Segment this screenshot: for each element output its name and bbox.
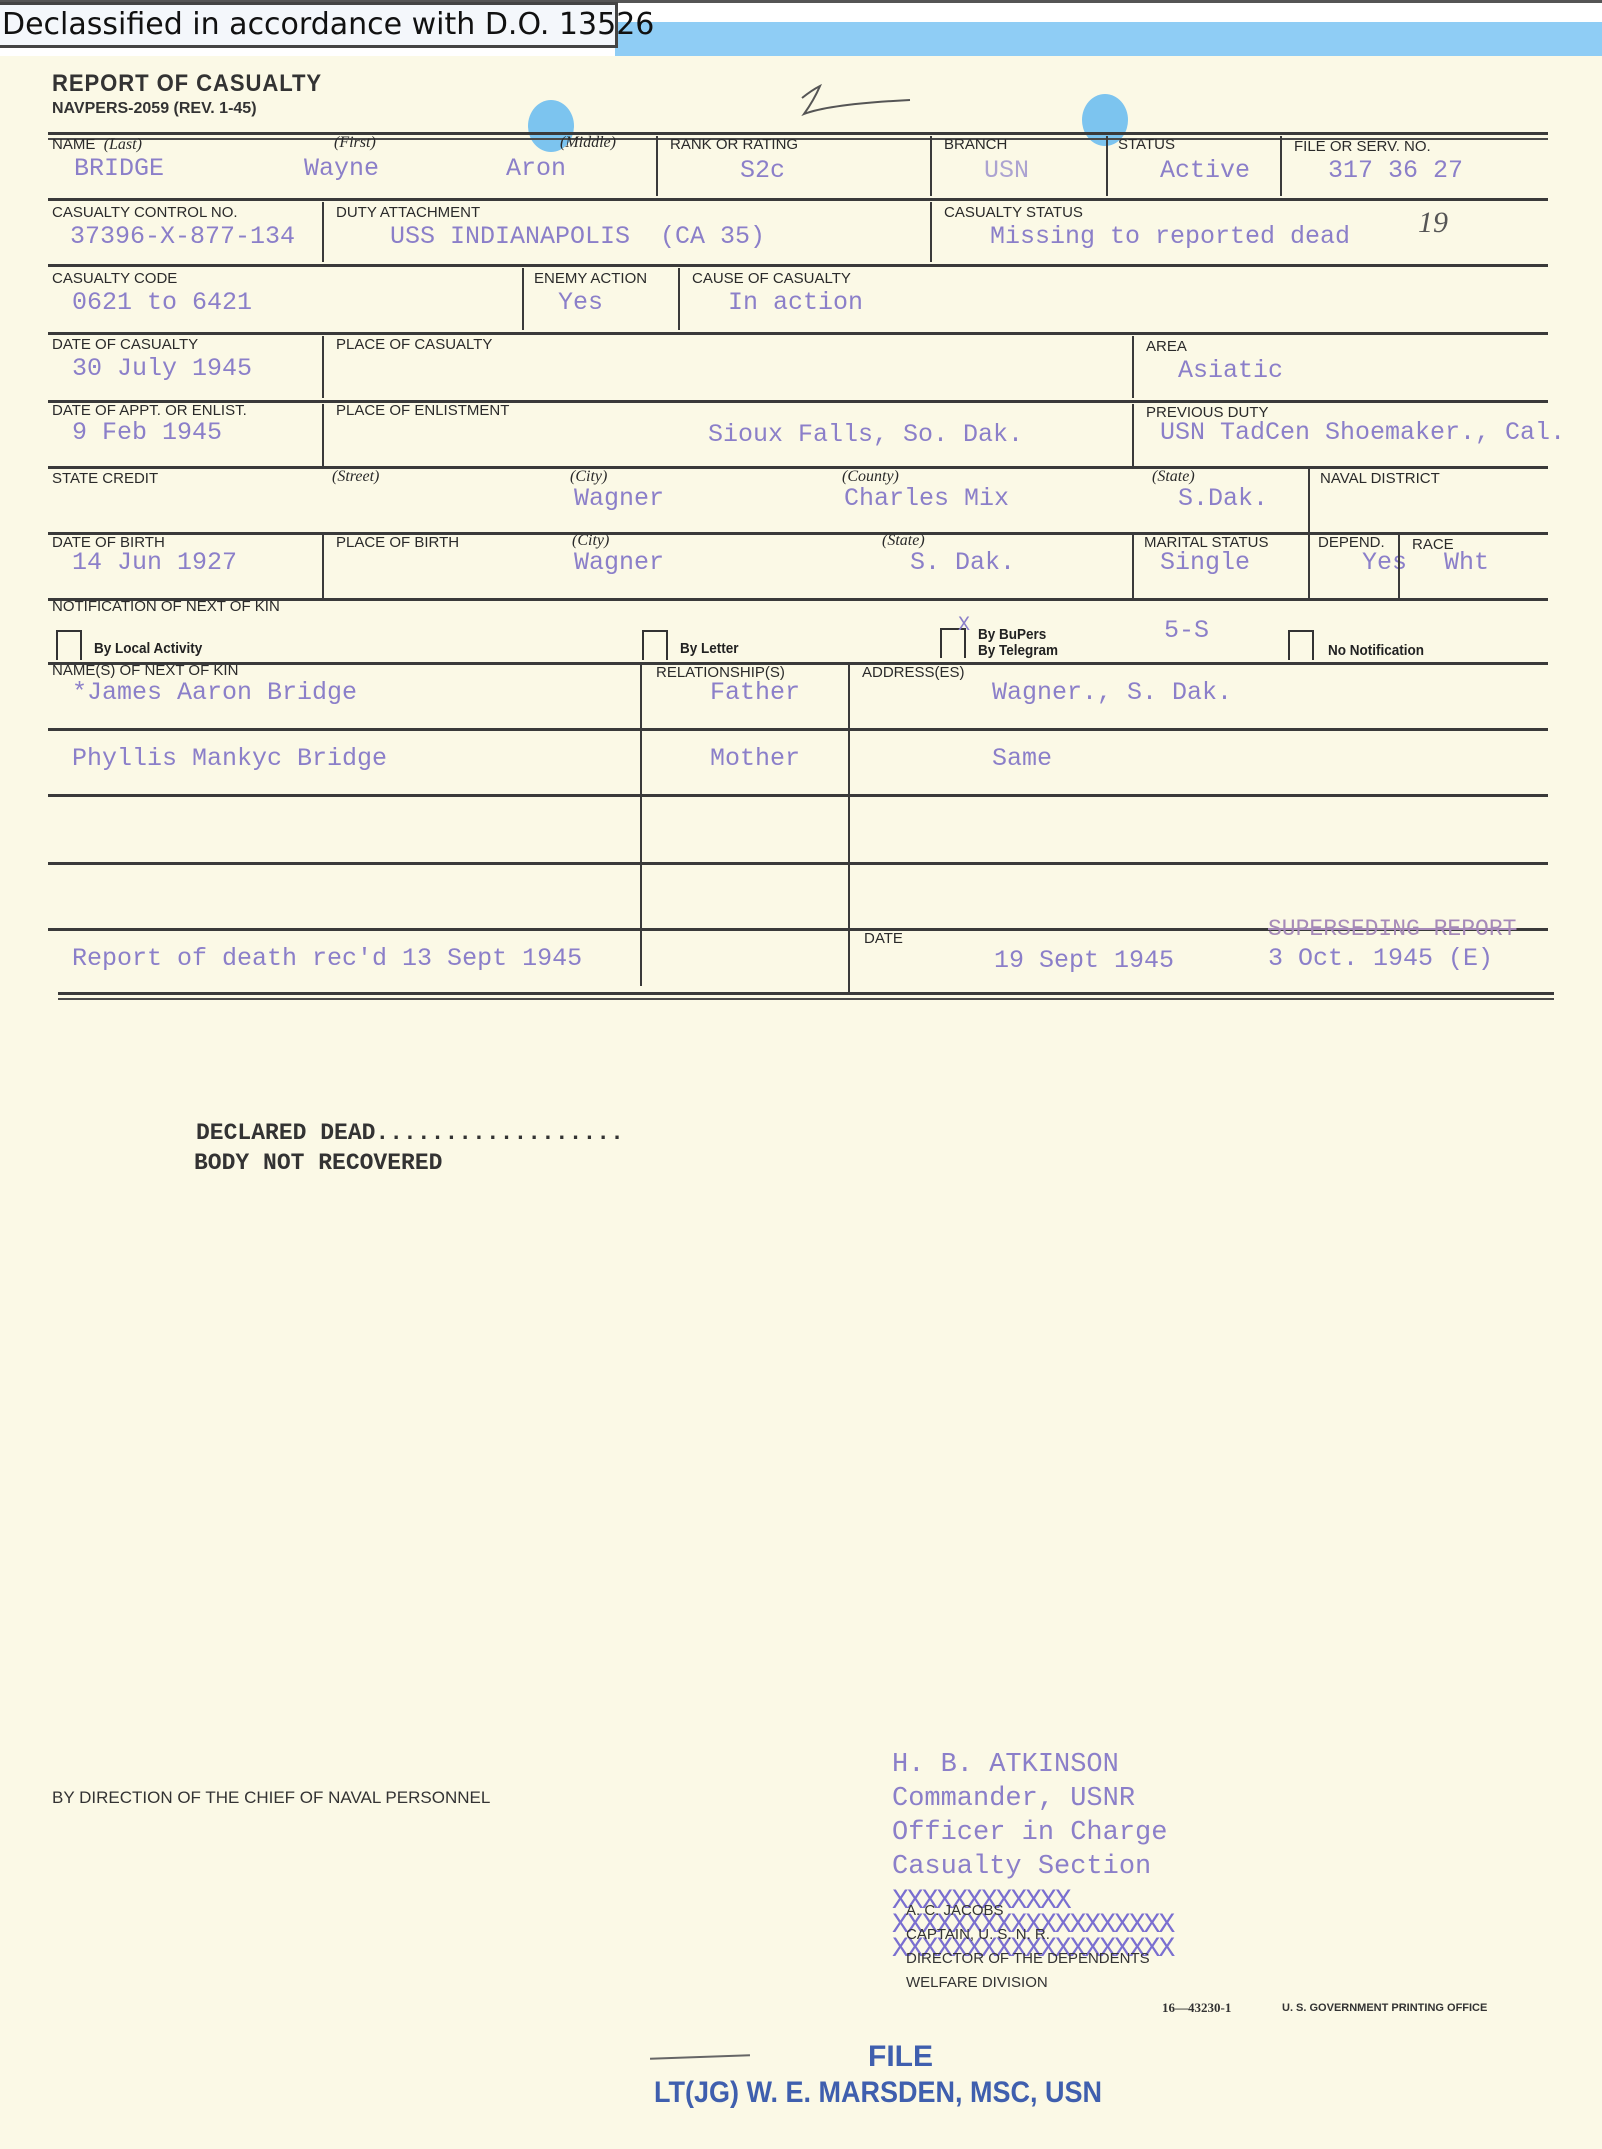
- divider: [656, 136, 658, 196]
- rule: [48, 198, 1548, 201]
- check-mark: X: [958, 614, 970, 637]
- date-of-birth-value: 14 Jun 1927: [72, 548, 237, 577]
- date-label: DATE: [864, 930, 903, 947]
- next-of-kin-name: Phyllis Mankyc Bridge: [72, 744, 387, 773]
- last-name-value: BRIDGE: [74, 154, 164, 183]
- rank-label: RANK OR RATING: [670, 136, 798, 153]
- form-number: NAVPERS-2059 (REV. 1-45): [52, 100, 257, 118]
- place-of-enlist-value: Sioux Falls, So. Dak.: [708, 420, 1023, 449]
- rule: [48, 794, 1548, 797]
- divider: [322, 534, 324, 598]
- date-value: 19 Sept 1945: [994, 946, 1174, 975]
- signer-rank: Commander, USNR: [892, 1784, 1135, 1814]
- by-direction-text: BY DIRECTION OF THE CHIEF OF NAVAL PERSO…: [52, 1788, 490, 1808]
- divider: [1132, 404, 1134, 466]
- form-title: REPORT OF CASUALTY: [52, 70, 322, 98]
- place-of-casualty-label: PLACE OF CASUALTY: [336, 336, 492, 353]
- marital-status-value: Single: [1160, 548, 1250, 577]
- rule: [58, 992, 1554, 995]
- branch-value: USN: [984, 156, 1029, 185]
- duty-attachment-value: USS INDIANAPOLIS (CA 35): [390, 222, 765, 251]
- printed-signer-title: DIRECTOR OF THE DEPENDENTS: [906, 1950, 1150, 1967]
- declassified-banner: Declassified in accordance with D.O. 135…: [0, 2, 618, 48]
- rule: [48, 132, 1548, 135]
- notification-code: 5-S: [1164, 616, 1209, 645]
- divider: [678, 268, 680, 330]
- superseding-report-value: 3 Oct. 1945 (E): [1268, 944, 1493, 973]
- divider: [848, 928, 850, 992]
- divider: [1398, 534, 1400, 598]
- status-label: STATUS: [1118, 136, 1175, 153]
- rule: [48, 728, 1548, 731]
- casualty-code-value: 0621 to 6421: [72, 288, 252, 317]
- status-value: Active: [1160, 156, 1250, 185]
- file-stamp-title: FILE: [868, 2040, 933, 2074]
- divider: [1132, 534, 1134, 598]
- date-of-casualty-label: DATE OF CASUALTY: [52, 336, 198, 353]
- superseding-report-label: SUPERSEDING REPORT: [1268, 916, 1516, 942]
- next-of-kin-address: Wagner., S. Dak.: [992, 678, 1232, 707]
- rule: [48, 332, 1548, 335]
- previous-duty-value: USN TadCen Shoemaker., Cal.: [1160, 418, 1565, 447]
- place-of-birth-label: PLACE OF BIRTH: [336, 534, 459, 551]
- file-stamp-officer: LT(JG) W. E. MARSDEN, MSC, USN: [654, 2076, 1102, 2110]
- state-credit-city: Wagner: [574, 484, 664, 513]
- printed-signer-name: A. C. JACOBS: [906, 1902, 1004, 1919]
- printed-signer-rank: CAPTAIN, U. S. N. R.: [906, 1926, 1050, 1943]
- notification-label: NOTIFICATION OF NEXT OF KIN: [52, 598, 280, 615]
- pencil-line: [650, 2054, 750, 2059]
- cause-label: CAUSE OF CASUALTY: [692, 270, 851, 287]
- divider: [1308, 534, 1310, 598]
- name-label: NAME (Last): [52, 136, 142, 154]
- birth-city-value: Wagner: [574, 548, 664, 577]
- date-of-casualty-value: 30 July 1945: [72, 354, 252, 383]
- state-credit-state: S.Dak.: [1178, 484, 1268, 513]
- duty-attachment-label: DUTY ATTACHMENT: [336, 204, 480, 221]
- casualty-report-form: REPORT OF CASUALTY NAVPERS-2059 (REV. 1-…: [0, 56, 1602, 2149]
- cause-value: In action: [728, 288, 863, 317]
- divider: [322, 202, 324, 262]
- depend-value: Yes: [1362, 548, 1407, 577]
- area-value: Asiatic: [1178, 356, 1283, 385]
- no-notification-label: No Notification: [1328, 642, 1424, 659]
- rule: [48, 862, 1548, 865]
- branch-label: BRANCH: [944, 136, 1007, 153]
- birth-state-value: S. Dak.: [910, 548, 1015, 577]
- next-of-kin-relationship: Father: [710, 678, 800, 707]
- first-name-value: Wayne: [304, 154, 379, 183]
- next-of-kin-relationship: Mother: [710, 744, 800, 773]
- divider: [1106, 136, 1108, 196]
- divider: [1308, 468, 1310, 532]
- by-bupers-label: By BuPers: [978, 626, 1046, 643]
- body-not-recovered-text: BODY NOT RECOVERED: [194, 1150, 442, 1176]
- enemy-action-label: ENEMY ACTION: [534, 270, 647, 287]
- place-of-enlist-label: PLACE OF ENLISTMENT: [336, 402, 509, 419]
- rule: [48, 400, 1548, 403]
- next-of-kin-name-label: NAME(S) OF NEXT OF KIN: [52, 662, 238, 679]
- rule: [48, 662, 1548, 665]
- rule: [48, 264, 1548, 267]
- printer-credit: U. S. GOVERNMENT PRINTING OFFICE: [1282, 2002, 1487, 2014]
- state-credit-label: STATE CREDIT: [52, 470, 158, 487]
- by-local-activity-label: By Local Activity: [94, 640, 202, 657]
- divider: [930, 136, 932, 196]
- next-of-kin-name: *James Aaron Bridge: [72, 678, 357, 707]
- enemy-action-value: Yes: [558, 288, 603, 317]
- signer-title: Officer in Charge: [892, 1818, 1167, 1848]
- casualty-control-label: CASUALTY CONTROL No.: [52, 204, 238, 221]
- middle-name-label: (Middle): [560, 134, 616, 152]
- checkbox-no-notification[interactable]: [1288, 630, 1314, 660]
- area-label: AREA: [1146, 338, 1187, 355]
- blue-tape: [615, 22, 1602, 56]
- divider: [640, 664, 642, 986]
- state-credit-county: Charles Mix: [844, 484, 1009, 513]
- race-value: Wht: [1444, 548, 1489, 577]
- casualty-code-label: CASUALTY CODE: [52, 270, 177, 287]
- street-label: (Street): [332, 468, 379, 486]
- file-no-value: 317 36 27: [1328, 156, 1463, 185]
- print-code: 16—43230-1: [1162, 2000, 1231, 2016]
- divider: [322, 336, 324, 398]
- casualty-status-label: CASUALTY STATUS: [944, 204, 1083, 221]
- pencil-note: 19: [1418, 206, 1448, 240]
- divider: [1132, 336, 1134, 398]
- signer-name: H. B. ATKINSON: [892, 1750, 1119, 1780]
- divider: [522, 268, 524, 330]
- first-name-label: (First): [334, 134, 376, 152]
- middle-name-value: Aron: [506, 154, 566, 183]
- signer-section: Casualty Section: [892, 1852, 1151, 1882]
- file-no-label: FILE OR SERV. No.: [1294, 138, 1431, 155]
- divider: [930, 202, 932, 262]
- casualty-control-value: 37396-X-877-134: [70, 222, 295, 251]
- casualty-status-value: Missing to reported dead: [990, 222, 1350, 251]
- pencil-mark-icon: [790, 80, 920, 120]
- checkbox-by-letter[interactable]: [642, 630, 668, 660]
- divider: [322, 404, 324, 466]
- by-letter-label: By Letter: [680, 640, 739, 657]
- rule: [48, 466, 1548, 469]
- rank-value: S2c: [740, 156, 785, 185]
- by-telegram-label: By Telegram: [978, 642, 1058, 659]
- rule: [58, 998, 1554, 1000]
- naval-district-label: NAVAL DISTRICT: [1320, 470, 1440, 487]
- printed-signer-division: WELFARE DIVISION: [906, 1974, 1048, 1991]
- declared-dead-text: DECLARED DEAD..................: [196, 1120, 624, 1146]
- date-of-enlist-label: DATE OF APPT. OR ENLIST.: [52, 402, 247, 419]
- checkbox-by-local-activity[interactable]: [56, 630, 82, 660]
- next-of-kin-address: Same: [992, 744, 1052, 773]
- address-label: ADDRESS(ES): [862, 664, 965, 681]
- remarks-value: Report of death rec'd 13 Sept 1945: [72, 944, 582, 973]
- date-of-enlist-value: 9 Feb 1945: [72, 418, 222, 447]
- divider: [1280, 136, 1282, 196]
